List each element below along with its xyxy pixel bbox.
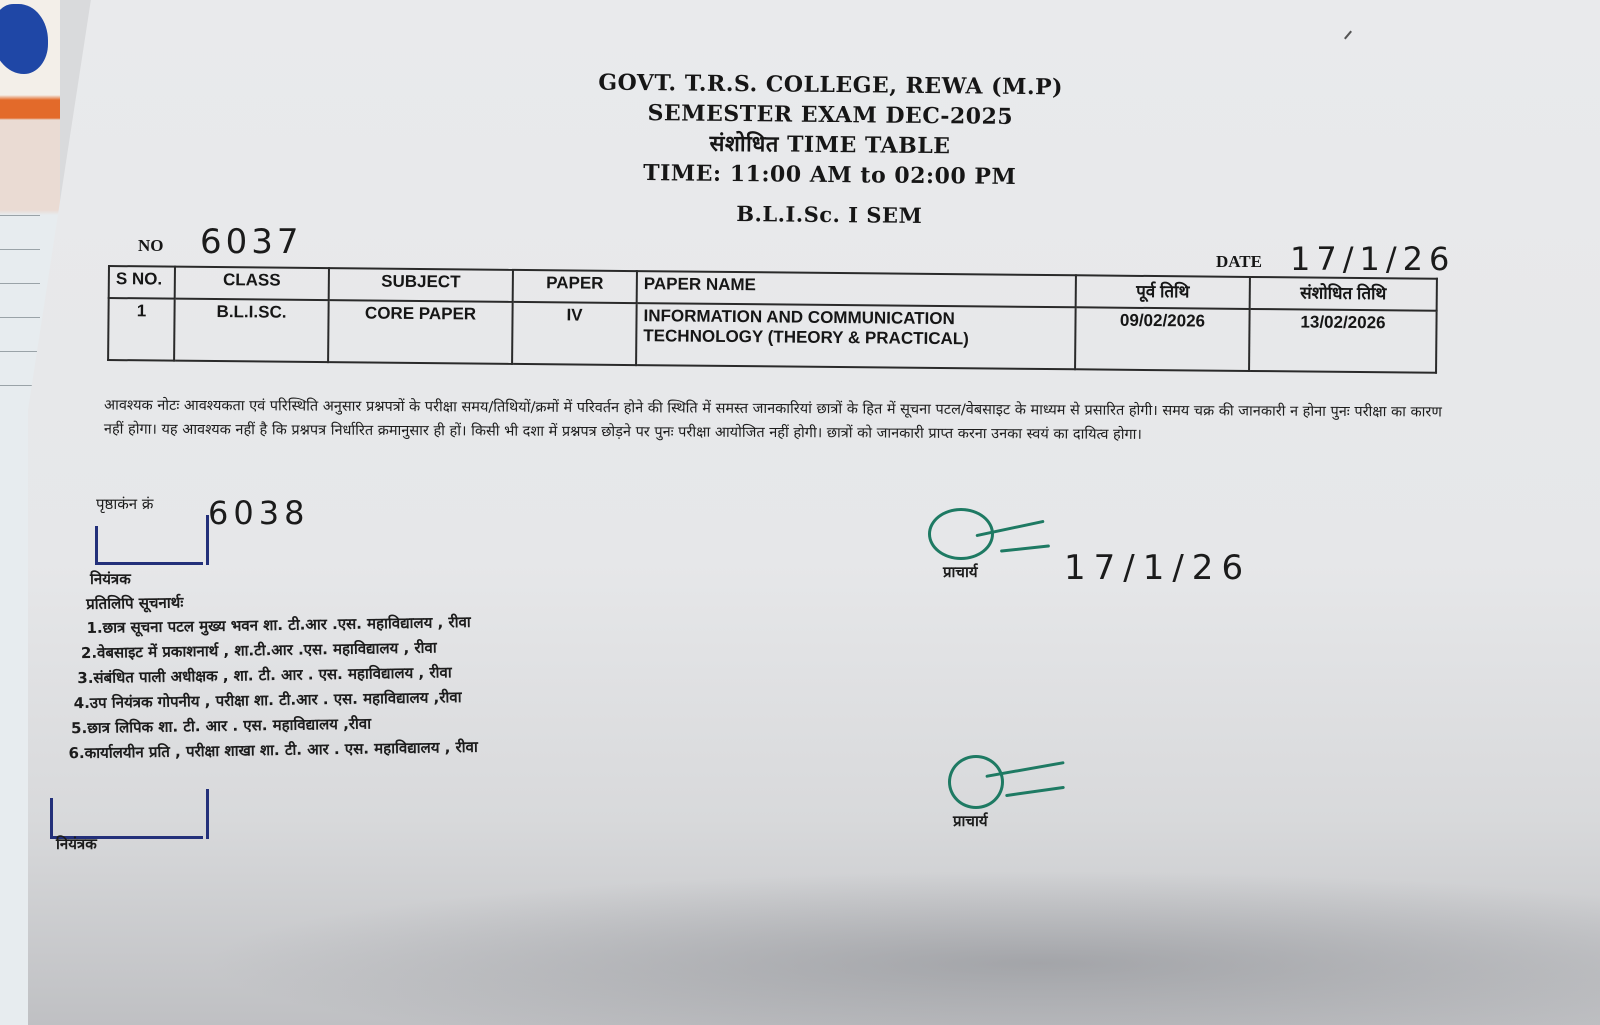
cell-paper: IV (512, 302, 637, 365)
cell-previous-date: 09/02/2026 (1075, 307, 1250, 371)
principal-sign-date: 17/1/26 (1064, 548, 1251, 588)
col-paper-name: PAPER NAME (637, 271, 1076, 307)
col-subject: SUBJECT (329, 268, 513, 302)
date-label: DATE (1216, 252, 1262, 272)
paper-name-line2: TECHNOLOGY (THEORY & PRACTICAL) (643, 326, 1068, 350)
cell-revised-date: 13/02/2026 (1249, 309, 1437, 373)
table-row: 1 B.L.I.SC. CORE PAPER IV INFORMATION AN… (108, 298, 1437, 373)
endorsement-value: 6038 (208, 494, 309, 532)
timetable: S NO. CLASS SUBJECT PAPER PAPER NAME पूर… (107, 265, 1438, 374)
shadow (200, 870, 1600, 1025)
cell-subject: CORE PAPER (328, 300, 513, 364)
reference-no-label: NO (138, 236, 164, 256)
col-sno: S NO. (109, 266, 175, 299)
principal-signature-2 (948, 755, 1004, 809)
reference-no-value: 6037 (200, 222, 303, 262)
college-name: GOVT. T.R.S. COLLEGE, REWA (M.P) (561, 67, 1101, 103)
cell-class: B.L.I.SC. (174, 299, 329, 362)
copy-to-list: प्रतिलिपि सूचनार्थः 1.छात्र सूचना पटल मु… (86, 588, 478, 766)
principal-label: प्राचार्य (943, 562, 978, 582)
endorsement-label: पृष्ठाकंन क्रं (96, 494, 153, 514)
cell-sno: 1 (108, 298, 175, 361)
col-class: CLASS (175, 267, 329, 300)
controller-signature-2 (50, 798, 203, 839)
controller-signature (95, 526, 203, 565)
principal-label-2: प्राचार्य (953, 811, 988, 831)
date-value: 17/1/26 (1290, 240, 1455, 278)
map-emblem (0, 4, 48, 74)
controller-label-2: नियंत्रक (56, 834, 97, 854)
exam-time: TIME: 11:00 AM to 02:00 PM (560, 157, 1100, 193)
col-revised-date: संशोधित तिथि (1250, 277, 1437, 311)
col-previous-date: पूर्व तिथि (1076, 275, 1250, 309)
col-paper: PAPER (513, 270, 637, 303)
document-header: GOVT. T.R.S. COLLEGE, REWA (M.P) SEMESTE… (559, 67, 1101, 233)
cell-paper-name: INFORMATION AND COMMUNICATION TECHNOLOGY… (636, 303, 1076, 369)
important-note: आवश्यक नोटः आवश्यकता एवं परिस्थिति अनुसा… (104, 393, 1444, 448)
semester-title: B.L.I.Sc. I SEM (559, 197, 1099, 233)
controller-label: नियंत्रक (90, 569, 131, 589)
